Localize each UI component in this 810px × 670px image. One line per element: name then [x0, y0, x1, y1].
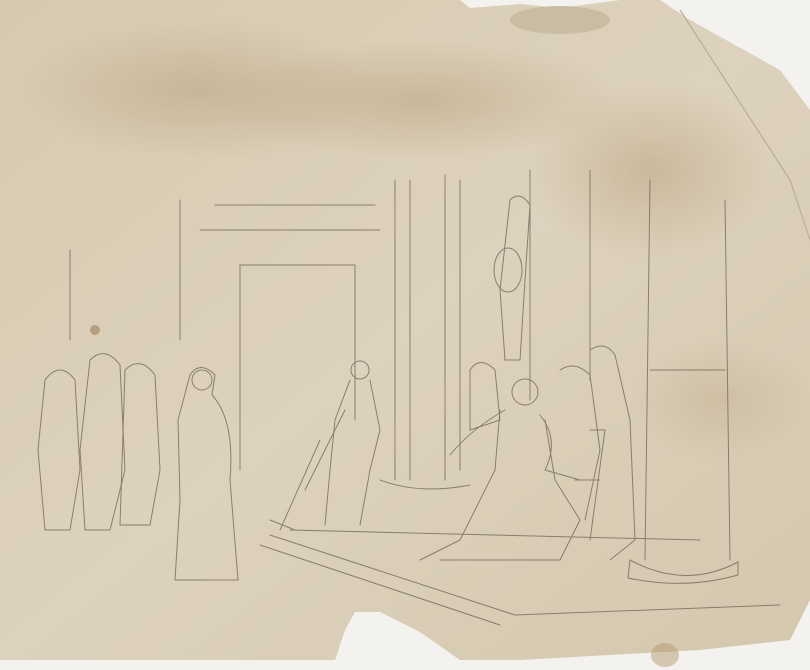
pencil-sketch-image: [0, 0, 810, 670]
sketch-canvas: [0, 0, 810, 670]
